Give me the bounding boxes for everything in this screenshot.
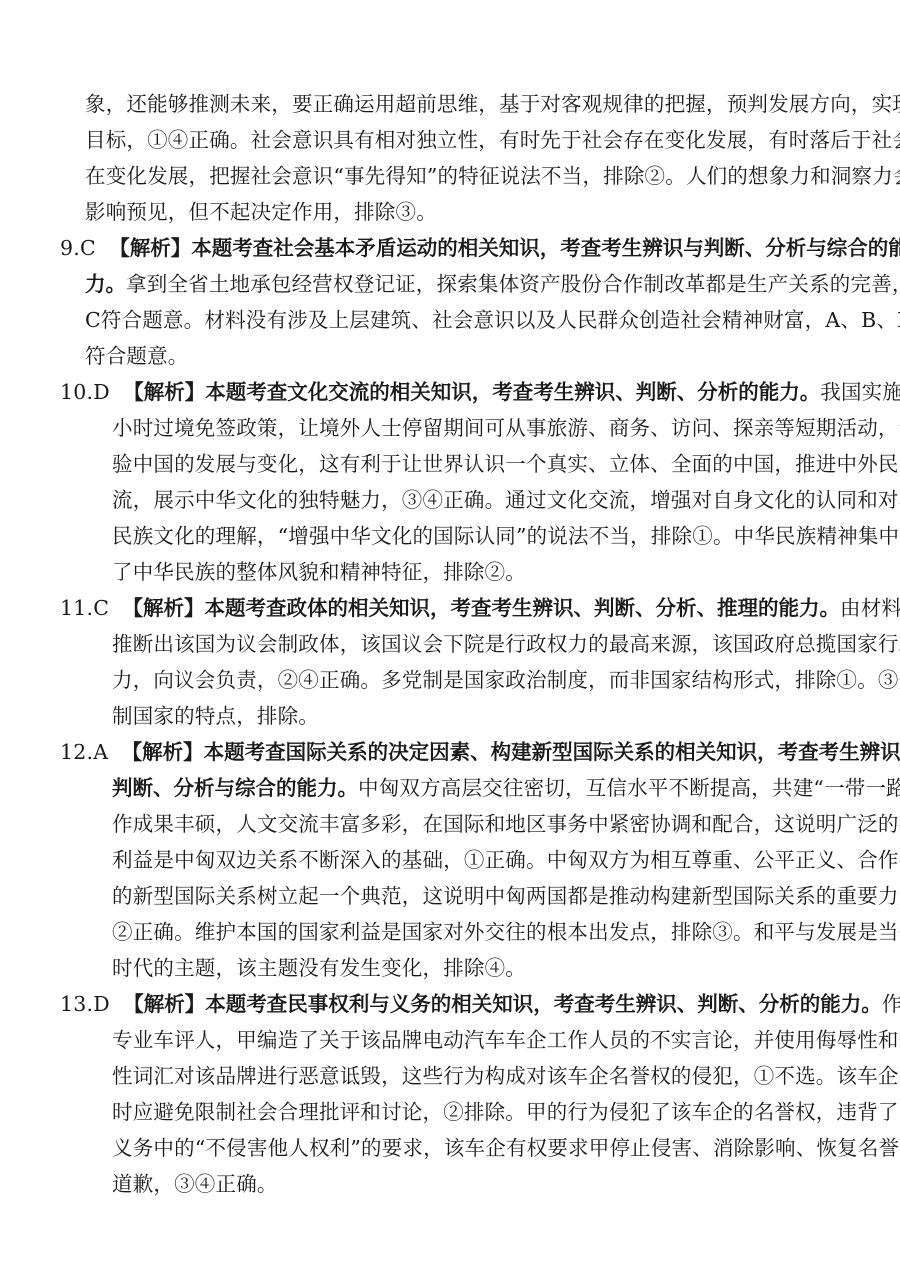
- item-answer: C: [93, 596, 109, 620]
- text-line: 推断出该国为议会制政体，该国议会下院是行政权力的最高来源，该国政府总揽国家行政权: [112, 626, 900, 662]
- analysis-label: 【解析】: [123, 380, 205, 404]
- analysis-summary: 本题考查文化交流的相关知识，考查考生辨识、判断、分析的能力。: [205, 380, 820, 404]
- item-answer: D: [93, 380, 110, 404]
- text-line: 力。拿到全省土地承包经营权登记证，探索集体资产股份合作制改革都是生产关系的完善，: [85, 266, 900, 302]
- analysis-label: 【解析】: [123, 992, 205, 1016]
- text-line: 制国家的特点，排除。: [112, 698, 319, 734]
- item-header: 10.D 【解析】本题考查文化交流的相关知识，考查考生辨识、判断、分析的能力。我…: [60, 374, 900, 410]
- analysis-summary: 本题考查国际关系的决定因素、构建新型国际关系的相关知识，考查考生辨识与: [204, 740, 900, 764]
- text-line: 作成果丰硕，人文交流丰富多彩，在国际和地区事务中紧密协调和配合，这说明广泛的共同: [112, 806, 900, 842]
- answer-key-page: 象，还能够推测未来，要正确运用超前思维，基于对客观规律的把握，预判发展方向，实现…: [0, 0, 900, 1265]
- item-number: 13.: [60, 992, 93, 1016]
- analysis-label: 【解析】: [122, 740, 204, 764]
- text-line: 力，向议会负责，②④正确。多党制是国家政治制度，而非国家结构形式，排除①。③是总…: [112, 662, 900, 698]
- text-line: 性词汇对该品牌进行恶意诋毁，这些行为构成对该车企名誉权的侵犯，①不选。该车企维权: [112, 1058, 900, 1094]
- text-line: 判断、分析与综合的能力。中匈双方高层交往密切，互信水平不断提高，共建“一带一路”…: [112, 770, 900, 806]
- text-line: 道歉，③④正确。: [112, 1166, 278, 1202]
- analysis-summary: 本题考查社会基本矛盾运动的相关知识，考查考生辨识与判断、分析与综合的能: [191, 236, 900, 260]
- text-line: 象，还能够推测未来，要正确运用超前思维，基于对客观规律的把握，预判发展方向，实现…: [85, 86, 900, 122]
- item-number: 10.: [60, 380, 93, 404]
- item-header: 13.D 【解析】本题考查民事权利与义务的相关知识，考查考生辨识、判断、分析的能…: [60, 986, 900, 1022]
- item-number: 12.: [60, 740, 93, 764]
- item-header: 9.C 【解析】本题考查社会基本矛盾运动的相关知识，考查考生辨识与判断、分析与综…: [60, 230, 900, 266]
- text-line: 在变化发展，把握社会意识“事先得知”的特征说法不当，排除②。人们的想象力和洞察力…: [85, 158, 900, 194]
- text-line: 时代的主题，该主题没有发生变化，排除④。: [112, 950, 526, 986]
- analysis-text: 我国实施 144: [820, 380, 900, 404]
- item-header: 11.C 【解析】本题考查政体的相关知识，考查考生辨识、判断、分析、推理的能力。…: [60, 590, 900, 626]
- text-line: 义务中的“不侵害他人权利”的要求，该车企有权要求甲停止侵害、消除影响、恢复名誉、…: [112, 1130, 900, 1166]
- item-number: 9.: [60, 236, 80, 260]
- analysis-summary: 本题考查政体的相关知识，考查考生辨识、判断、分析、推理的能力。: [205, 596, 841, 620]
- item-header: 12.A 【解析】本题考查国际关系的决定因素、构建新型国际关系的相关知识，考查考…: [60, 734, 900, 770]
- text-line: 流，展示中华文化的独特魅力，③④正确。通过文化交流，增强对自身文化的认同和对其他: [112, 482, 900, 518]
- analysis-summary: 本题考查民事权利与义务的相关知识，考查考生辨识、判断、分析的能力。: [205, 992, 882, 1016]
- text-line: 影响预见，但不起决定作用，排除③。: [85, 194, 437, 230]
- analysis-label: 【解析】: [109, 236, 191, 260]
- item-answer: D: [93, 992, 110, 1016]
- text-line: 验中国的发展与变化，这有利于让世界认识一个真实、立体、全面的中国，推进中外民间交: [112, 446, 900, 482]
- item-number: 11.: [60, 596, 93, 620]
- text-line: 了中华民族的整体风貌和精神特征，排除②。: [112, 554, 526, 590]
- text-line: 专业车评人，甲编造了关于该品牌电动汽车车企工作人员的不实言论，并使用侮辱性和否定: [112, 1022, 900, 1058]
- text-line: 时应避免限制社会合理批评和讨论，②排除。甲的行为侵犯了该车企的名誉权，违背了民事: [112, 1094, 900, 1130]
- text-line: 民族文化的理解，“增强中华文化的国际认同”的说法不当，排除①。中华民族精神集中展…: [112, 518, 900, 554]
- item-answer: C: [80, 236, 96, 260]
- text-line: 的新型国际关系树立起一个典范，这说明中匈两国都是推动构建新型国际关系的重要力量，: [112, 878, 900, 914]
- analysis-text: 作为: [882, 992, 900, 1016]
- analysis-label: 【解析】: [123, 596, 205, 620]
- text-line: ②正确。维护本国的国家利益是国家对外交往的根本出发点，排除③。和平与发展是当今: [112, 914, 900, 950]
- text-line: 利益是中匈双边关系不断深入的基础，①正确。中匈双方为相互尊重、公平正义、合作共赢: [112, 842, 900, 878]
- text-line: 符合题意。: [85, 338, 189, 374]
- text-line: C符合题意。材料没有涉及上层建筑、社会意识以及人民群众创造社会精神财富，A、B、…: [85, 302, 900, 338]
- text-line: 目标，①④正确。社会意识具有相对独立性，有时先于社会存在变化发展，有时落后于社会…: [85, 122, 900, 158]
- item-answer: A: [93, 740, 108, 764]
- text-line: 小时过境免签政策，让境外人士停留期间可从事旅游、商务、访问、探亲等短期活动，亲身…: [112, 410, 900, 446]
- analysis-text: 由材料可以: [840, 596, 900, 620]
